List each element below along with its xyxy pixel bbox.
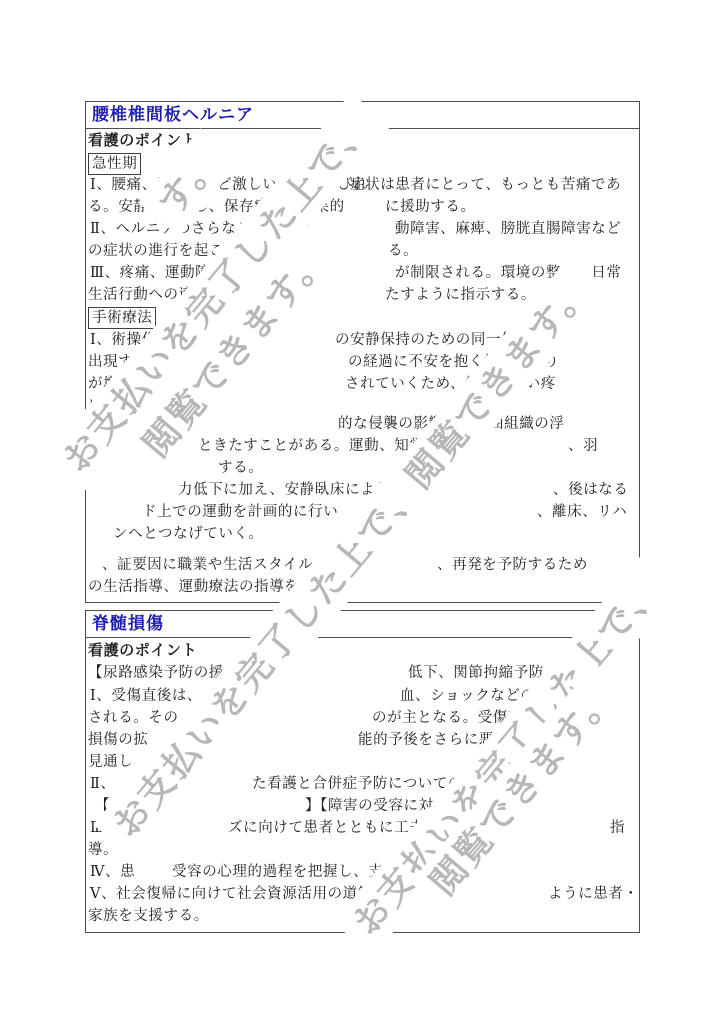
text-fragment: される。その xyxy=(88,708,179,728)
text-fragment: 看護のポイント xyxy=(88,131,197,151)
text-fragment: 手術療法 xyxy=(88,307,156,329)
text-fragment: 指 xyxy=(610,818,625,838)
text-fragment: 、再発を予防するため xyxy=(437,555,588,575)
text-fragment: に援助する。 xyxy=(385,197,476,217)
text-fragment: 、離床、リハ xyxy=(537,502,627,522)
text-fragment: Ⅱ、 xyxy=(90,774,116,794)
text-fragment: 、証要因に職業や生活スタイルが xyxy=(102,555,328,575)
text-fragment: 症状は患者にとって、もっとも苦痛であ xyxy=(350,175,621,195)
text-fragment: ド上での運動を計画的に行い xyxy=(142,502,338,522)
text-fragment: 損傷の拡 xyxy=(88,730,148,750)
text-fragment: 、羽 xyxy=(568,436,598,456)
text-fragment: 【尿路感染予防の援 xyxy=(88,663,224,683)
text-fragment: た看護と合併症予防についての xyxy=(252,774,463,794)
text-fragment: する。 xyxy=(218,458,263,478)
text-fragment: 急性期 xyxy=(88,153,141,175)
text-fragment: 見通し xyxy=(88,752,133,772)
text-fragment: 、後はなる xyxy=(553,480,629,500)
text-fragment: 力低下に加え、安静臥床により xyxy=(178,480,390,500)
text-fragment: 看護のポイント xyxy=(88,641,197,661)
document-page: 腰椎椎間板ヘルニア 脊髄損傷 看護のポイント急性期Ⅰ、腰痛、下肢痛など激しい疼痛… xyxy=(0,0,724,1024)
text-fragment: ように患者・ xyxy=(548,884,639,904)
text-fragment: の生活指導、運動療法の指導を行 xyxy=(88,577,315,597)
text-fragment: 家族を支援する。 xyxy=(88,906,209,926)
section-title: 脊髄損傷 xyxy=(86,611,639,638)
text-fragment: Ⅳ、患 xyxy=(90,862,135,882)
text-fragment: 導。 xyxy=(88,840,118,860)
text-fragment: る。 xyxy=(388,241,418,261)
text-fragment: Ⅰ、受傷直後は、 xyxy=(90,686,202,706)
text-fragment: 動障害、麻痺、膀胱直腸障害など xyxy=(395,219,622,239)
text-fragment: ときたすことがある。運動、知覚 xyxy=(198,436,425,456)
text-fragment: ンへとつなげていく。 xyxy=(113,524,263,544)
text-fragment: たすように指示する。 xyxy=(385,285,536,305)
